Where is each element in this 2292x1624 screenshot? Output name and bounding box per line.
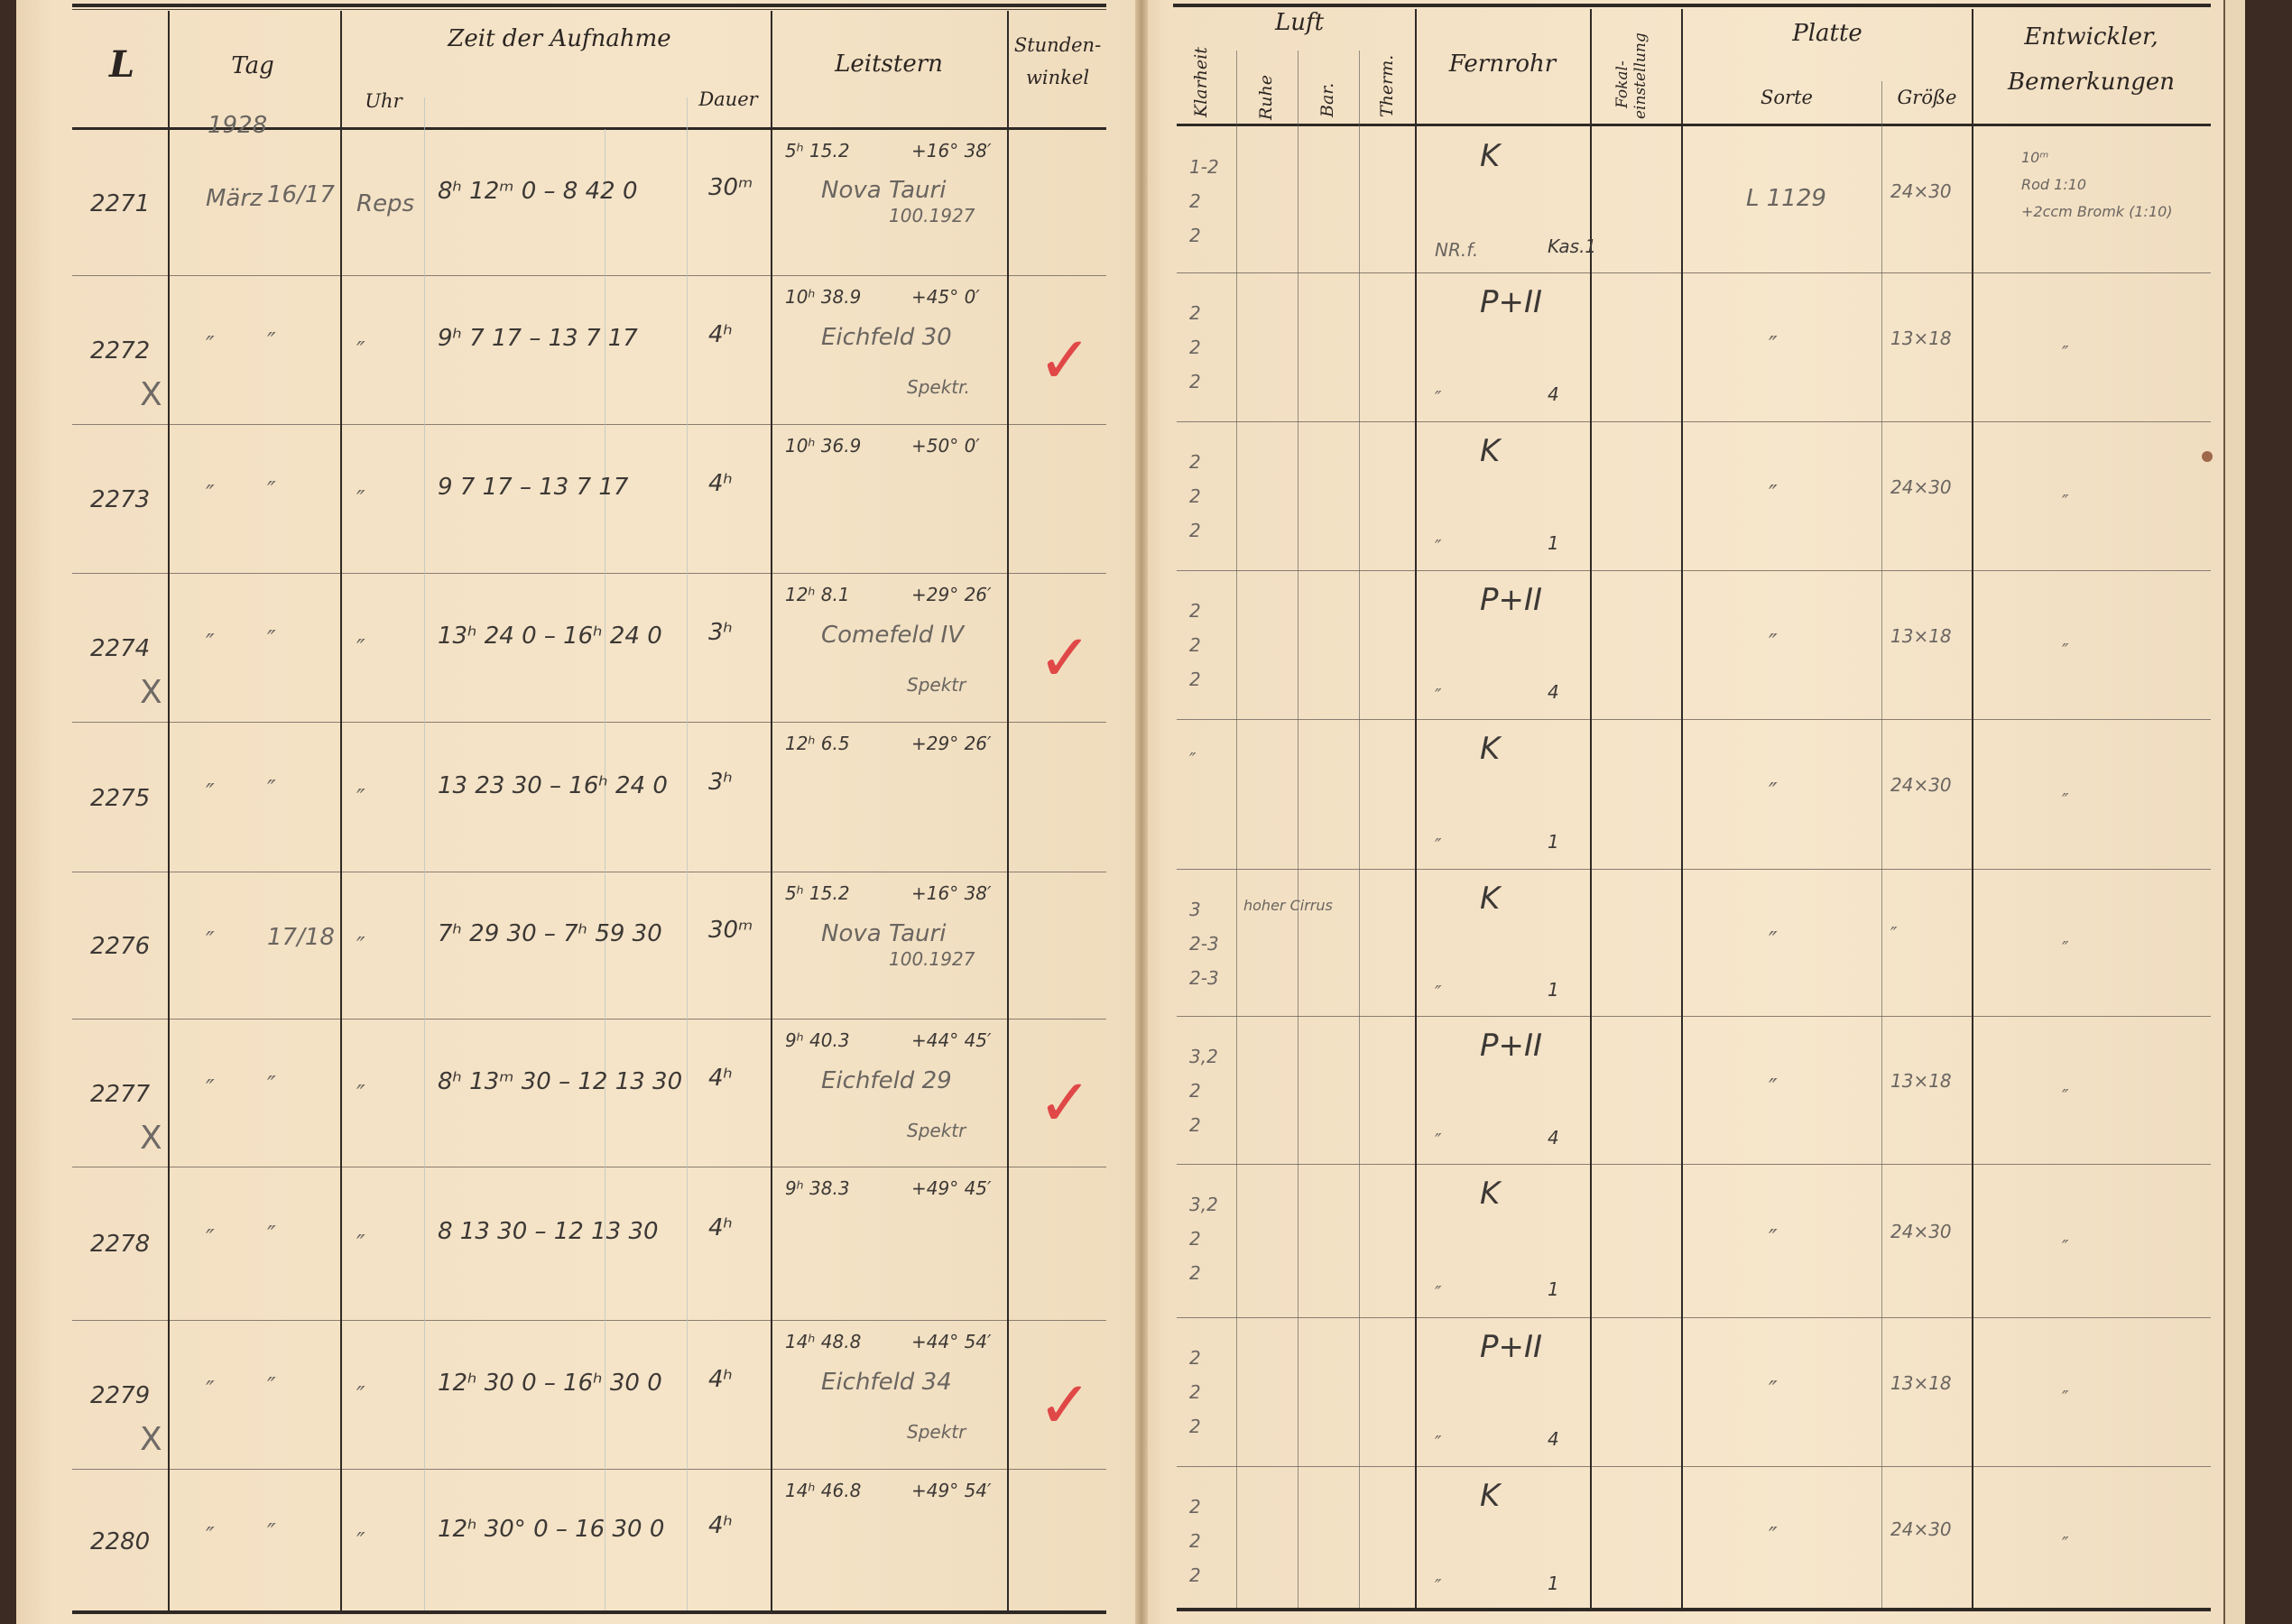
row-rule [1177,272,2211,273]
top-rule-right [1173,4,2211,7]
telescope-code: K [1480,1176,1500,1212]
guide-star-ra: 9ʰ 38.3 [785,1177,850,1199]
col-line-uhr [424,97,425,1610]
clarity-value: 2 [1189,669,1201,690]
clarity-value: 2 [1189,485,1201,507]
developer-remark: ″ [2062,789,2068,811]
plate-size: 24×30 [1890,1221,1952,1242]
header-bar: Bar. [1317,72,1337,117]
entry-number: 2274 [90,635,150,662]
guide-star-dec: +29° 26′ [911,733,992,754]
clarity-value: 2 [1189,1262,1201,1284]
entry-clock: ″ [356,337,365,364]
cross-mark: X [140,1120,162,1157]
spectrum-note: Spektr [907,1120,966,1141]
entry-clock: ″ [356,785,365,812]
clarity-value: 2 [1189,634,1201,656]
clarity-value: 2 [1189,1228,1201,1250]
guide-star-name: Eichfeld 29 [821,1067,952,1094]
guide-star-ra: 5ʰ 15.2 [785,882,850,904]
entry-number: 2280 [90,1528,150,1555]
guide-star-ra: 9ʰ 40.3 [785,1029,850,1051]
entry-month: ″ [206,780,215,807]
developer-remark: ″ [2062,937,2068,959]
clarity-value: 3,2 [1189,1194,1218,1215]
entry-month: ″ [206,927,215,955]
row-rule [72,1167,1106,1167]
spectrum-note: Spektr [907,674,966,696]
cross-mark: X [140,376,162,413]
entry-number: 2271 [90,190,150,217]
row-rule [72,722,1106,723]
header-fernrohr: Fernrohr [1426,51,1579,78]
guide-star-dec: +16° 38′ [911,140,992,161]
logbook-spread: L Tag Zeit der Aufnahme Uhr Dauer Leitst… [0,0,2292,1624]
telescope-ditto: ″ [1435,685,1441,706]
entry-duration: 3ʰ [708,769,733,796]
header-tag: Tag [180,52,325,79]
telescope-cassette: 1 [1548,1573,1559,1594]
clarity-value: 3,2 [1189,1046,1218,1067]
row-rule [1177,1466,2211,1467]
plate-size: 24×30 [1890,180,1952,202]
telescope-code: K [1480,433,1500,469]
entry-number: 2279 [90,1382,150,1409]
guide-star-date: 100.1927 [889,948,975,970]
header-dauer: Dauer [688,88,769,110]
telescope-ditto: ″ [1435,1575,1441,1597]
plate-type: ″ [1769,1523,1778,1550]
developer-remark: ″ [2062,342,2068,364]
telescope-code: K [1480,138,1500,174]
entry-time-range: 9 7 17 – 13 7 17 [438,474,628,501]
plate-type: L 1129 [1746,185,1826,212]
row-rule [1177,421,2211,422]
header-uhr: Uhr [347,90,420,112]
plate-size: 13×18 [1890,1372,1952,1394]
developer-remark: ″ [2062,1533,2068,1555]
row-rule [1177,1164,2211,1165]
entry-time-range: 12ʰ 30° 0 – 16 30 0 [438,1516,664,1543]
clarity-value: 2 [1189,520,1201,541]
clarity-value: 2-3 [1189,967,1219,989]
col-line-l [168,11,170,1610]
col-line-fernrohr [1415,9,1417,1608]
plate-size: 24×30 [1890,476,1952,498]
clarity-value: 2 [1189,1114,1201,1136]
guide-star-dec: +29° 26′ [911,584,992,605]
developer-remark: ″ [2062,1387,2068,1408]
row-rule [72,1320,1106,1321]
entry-clock: ″ [356,486,365,513]
developer-remark: Rod 1:10 [2021,176,2086,193]
guide-star-ra: 10ʰ 38.9 [785,286,861,308]
entry-clock: Reps [356,190,414,217]
clarity-value: 2 [1189,337,1201,358]
row-rule [72,573,1106,574]
header-ruhe: Ruhe [1256,70,1276,120]
entry-day: ″ [267,1072,276,1099]
telescope-ditto: ″ [1435,1432,1441,1453]
row-rule [72,872,1106,872]
entry-duration: 30ᵐ [708,917,753,944]
entry-day: ″ [267,477,276,504]
entry-time-range: 8ʰ 12ᵐ 0 – 8 42 0 [438,178,638,205]
entry-duration: 4ʰ [708,1512,733,1539]
entry-duration: 3ʰ [708,619,733,646]
row-rule [1177,570,2211,571]
telescope-cassette: 1 [1548,532,1559,554]
entry-month: ″ [206,1523,215,1550]
col-line-entwickler [1972,9,1973,1608]
header-leitstern: Leitstern [785,51,993,78]
ink-spot [2202,451,2213,462]
plate-size: 24×30 [1890,1518,1952,1540]
entry-number: 2273 [90,486,150,513]
red-check-mark: ✓ [1038,1070,1092,1135]
plate-type: ″ [1769,779,1778,806]
telescope-cassette: 4 [1548,1428,1559,1450]
row-rule [72,275,1106,276]
guide-star-name: Comefeld IV [821,622,964,649]
cross-mark: X [140,1421,162,1458]
row-rule [1177,1317,2211,1318]
plate-size: 13×18 [1890,328,1952,349]
book-gutter [1135,0,1148,1624]
entry-duration: 4ʰ [708,321,733,348]
header-winkel: winkel [1009,67,1106,88]
clarity-value: 2 [1189,225,1201,246]
entry-month: ″ [206,332,215,359]
guide-star-dec: +45° 0′ [911,286,980,308]
clarity-value: 2 [1189,1530,1201,1552]
entry-clock: ″ [356,933,365,960]
entry-time-range: 8 13 30 – 12 13 30 [438,1218,659,1245]
guide-star-name: Nova Tauri [821,177,946,204]
top-rule [72,4,1106,7]
developer-remark: ″ [2062,640,2068,661]
plate-size: 24×30 [1890,774,1952,796]
row-rule [72,1019,1106,1020]
entry-clock: ″ [356,1528,365,1555]
guide-star-name: Eichfeld 30 [821,324,952,351]
telescope-code: P+II [1480,284,1542,320]
entry-duration: 30ᵐ [708,174,753,201]
entry-clock: ″ [356,635,365,662]
developer-remark: 10ᵐ [2021,149,2048,166]
clarity-value: 2 [1189,190,1201,212]
telescope-ditto: ″ [1435,536,1441,558]
seeing-note: hoher Cirrus [1243,897,1333,914]
clarity-value: 2 [1189,600,1201,622]
telescope-ditto: ″ [1435,1130,1441,1151]
entry-number: 2275 [90,785,150,812]
row-rule [1177,1016,2211,1017]
entry-month: ″ [206,1377,215,1404]
header-platte: Platte [1696,20,1958,47]
entry-month: März [206,185,263,212]
guide-star-name: Eichfeld 34 [821,1369,952,1396]
col-line-klarheit [1236,51,1237,1608]
telescope-cassette: Kas.1 [1548,235,1596,257]
telescope-code: P+II [1480,582,1542,618]
row-rule [1177,719,2211,720]
guide-star-ra: 14ʰ 48.8 [785,1331,861,1352]
clarity-value: 2-3 [1189,933,1219,955]
guide-star-ra: 5ʰ 15.2 [785,140,850,161]
col-line-bar [1359,51,1360,1608]
header-l: L [90,43,153,86]
entry-day: ″ [267,1519,276,1546]
spectrum-note: Spektr [907,1421,966,1443]
telescope-ditto: ″ [1435,387,1441,409]
col-line-ruhe [1298,51,1298,1608]
guide-star-name: Nova Tauri [821,920,946,947]
header-groesse: Größe [1884,87,1970,108]
header-zeit: Zeit der Aufnahme [361,25,758,52]
telescope-cassette: 4 [1548,1127,1559,1149]
guide-star-dec: +16° 38′ [911,882,992,904]
clarity-value: 2 [1189,302,1201,324]
entry-clock: ″ [356,1081,365,1108]
entry-time-range: 13ʰ 24 0 – 16ʰ 24 0 [438,623,662,650]
entry-duration: 4ʰ [708,1214,733,1241]
row-rule [72,424,1106,425]
bottom-rule-right [1177,1608,2211,1611]
entry-day: ″ [267,1222,276,1249]
red-check-mark: ✓ [1038,328,1092,392]
entry-number: 2276 [90,933,150,960]
clarity-value: 3 [1189,899,1201,920]
entry-month: ″ [206,1225,215,1252]
plate-type: ″ [1769,1075,1778,1102]
page-edge [2223,0,2245,1624]
col-line-tag [340,11,342,1610]
entry-time-range: 9ʰ 7 17 – 13 7 17 [438,325,638,352]
clarity-value: 2 [1189,371,1201,392]
developer-remark: ″ [2062,1085,2068,1107]
entry-time-range: 7ʰ 29 30 – 7ʰ 59 30 [438,920,662,947]
header-stunden: Stunden- [1009,34,1106,56]
developer-remark: ″ [2062,491,2068,512]
telescope-cassette: 1 [1548,831,1559,853]
red-check-mark: ✓ [1038,625,1092,690]
header-luft: Luft [1227,9,1372,36]
top-rule-thin [72,9,1106,10]
telescope-ditto: NR.f. [1435,239,1478,261]
clarity-value: 2 [1189,1416,1201,1437]
clarity-value: ″ [1189,749,1196,770]
clarity-value: 2 [1189,1381,1201,1403]
telescope-code: K [1480,881,1500,917]
header-therm: Therm. [1377,54,1397,117]
plate-type: ″ [1769,630,1778,657]
telescope-cassette: 1 [1548,979,1559,1001]
guide-star-dec: +49° 45′ [911,1177,992,1199]
entry-clock: ″ [356,1382,365,1409]
entry-time-range: 8ʰ 13ᵐ 30 – 12 13 30 [438,1068,682,1095]
plate-type: ″ [1769,927,1778,955]
guide-star-dec: +44° 45′ [911,1029,992,1051]
guide-star-dec: +49° 54′ [911,1480,992,1501]
entry-day: ″ [267,776,276,803]
telescope-code: P+II [1480,1329,1542,1365]
header-klarheit: Klarheit [1191,36,1211,117]
entry-duration: 4ʰ [708,1366,733,1393]
telescope-cassette: 1 [1548,1278,1559,1300]
col-line-platte [1681,9,1683,1608]
entry-duration: 4ʰ [708,470,733,497]
entry-day: 16/17 [267,181,335,208]
header-entwickler: Entwickler, [1976,23,2206,51]
developer-remark: ″ [2062,1236,2068,1258]
entry-duration: 4ʰ [708,1065,733,1092]
developer-remark: +2ccm Bromk (1:10) [2021,203,2173,220]
telescope-ditto: ″ [1435,982,1441,1003]
col-line-leitstern [771,11,772,1610]
cross-mark: X [140,674,162,711]
guide-star-ra: 12ʰ 6.5 [785,733,850,754]
entry-number: 2278 [90,1231,150,1258]
plate-size: ″ [1890,923,1897,945]
plate-type: ″ [1769,1377,1778,1404]
plate-size: 13×18 [1890,625,1952,647]
entry-day: ″ [267,1373,276,1400]
telescope-ditto: ″ [1435,835,1441,856]
guide-star-ra: 12ʰ 8.1 [785,584,850,605]
telescope-cassette: 4 [1548,383,1559,405]
telescope-code: K [1480,1478,1500,1514]
telescope-code: K [1480,731,1500,767]
telescope-code: P+II [1480,1028,1542,1064]
telescope-cassette: 4 [1548,681,1559,703]
col-line-dauer [687,97,688,1610]
entry-month: ″ [206,1075,215,1103]
entry-day: 17/18 [267,924,335,951]
entry-time-range: 13 23 30 – 16ʰ 24 0 [438,772,668,799]
guide-star-date: 100.1927 [889,205,975,226]
entry-time-range: 12ʰ 30 0 – 16ʰ 30 0 [438,1370,662,1397]
row-rule [1177,869,2211,870]
header-fokal: Fokal- [1613,36,1631,108]
header-sorte: Sorte [1696,87,1877,108]
guide-star-ra: 10ʰ 36.9 [785,435,861,457]
guide-star-dec: +50° 0′ [911,435,980,457]
plate-type: ″ [1769,1225,1778,1252]
header-einstellung: einstellung [1631,20,1650,119]
col-line-stunden [1007,11,1009,1610]
guide-star-dec: +44° 54′ [911,1331,992,1352]
entry-number: 2272 [90,337,150,364]
entry-day: ″ [267,626,276,653]
clarity-value: 1-2 [1189,156,1219,178]
telescope-ditto: ″ [1435,1282,1441,1304]
red-check-mark: ✓ [1038,1372,1092,1437]
clarity-value: 2 [1189,1496,1201,1518]
entry-month: ″ [206,481,215,508]
header-rule-right [1177,124,2211,126]
year-label: 1928 [208,112,267,139]
row-rule [72,1469,1106,1470]
entry-number: 2277 [90,1081,150,1108]
entry-day: ″ [267,328,276,355]
clarity-value: 2 [1189,1347,1201,1369]
entry-clock: ″ [356,1231,365,1258]
header-bemerkungen: Bemerkungen [1976,69,2206,96]
clarity-value: 2 [1189,1564,1201,1586]
plate-type: ″ [1769,481,1778,508]
guide-star-ra: 14ʰ 46.8 [785,1480,861,1501]
spectrum-note: Spektr. [907,376,970,398]
clarity-value: 2 [1189,451,1201,473]
col-line-sorte [1881,81,1882,1608]
plate-size: 13×18 [1890,1070,1952,1092]
plate-type: ″ [1769,332,1778,359]
bottom-rule [72,1610,1106,1614]
clarity-value: 2 [1189,1080,1201,1102]
entry-month: ″ [206,630,215,657]
